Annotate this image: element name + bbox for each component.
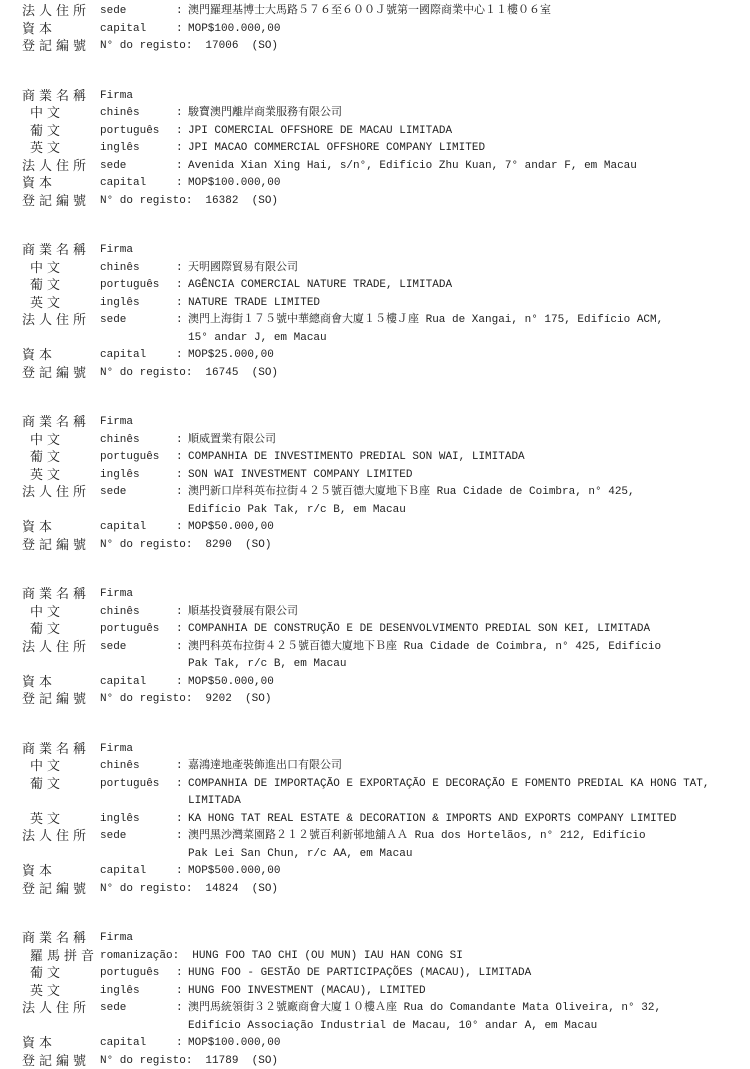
colon: :	[176, 3, 188, 21]
chines-label-pt: chinês	[100, 604, 176, 622]
sede-value: 澳門新口岸科英布拉街４２５號百德大廈地下Ｂ座 Rua Cidade de Coi…	[188, 484, 736, 519]
sede-value: 澳門羅理基博士大馬路５７６至６００Ｊ號第一國際商業中心１１樓０６室	[188, 3, 736, 21]
field-row-capital: 資本 capital : MOP$50.000,00	[22, 519, 736, 537]
sede-label-zh: 法人住所	[22, 158, 100, 176]
capital-value: MOP$100.000,00	[188, 175, 736, 193]
company-record: 商業名稱 Firma 羅馬拼音 romanização: HUNG FOO TA…	[22, 930, 736, 1069]
field-row-firma: 商業名稱 Firma	[22, 242, 736, 260]
capital-label-pt: capital	[100, 21, 176, 39]
ingles-label-zh: 英文	[22, 811, 100, 829]
field-row-ingles: 英文 inglês : KA HONG TAT REAL ESTATE & DE…	[22, 811, 736, 829]
sede-value: Avenida Xian Xing Hai, s/n°, Edifício Zh…	[188, 158, 736, 176]
field-row-registo: 登記編號 N° do registo: 11789 (SO)	[22, 1053, 736, 1069]
field-row-firma: 商業名稱 Firma	[22, 586, 736, 604]
colon: :	[176, 758, 188, 776]
capital-label-zh: 資本	[22, 863, 100, 881]
sede-label-zh: 法人住所	[22, 1000, 100, 1018]
field-row-sede: 法人住所 sede : 澳門羅理基博士大馬路５７６至６００Ｊ號第一國際商業中心１…	[22, 3, 736, 21]
english-name-value: NATURE TRADE LIMITED	[188, 295, 736, 313]
ingles-label-pt: inglês	[100, 811, 176, 829]
field-row-capital: 資本 capital : MOP$500.000,00	[22, 863, 736, 881]
colon: :	[176, 467, 188, 485]
registo-label-pt: N° do registo:	[100, 365, 192, 383]
ingles-label-pt: inglês	[100, 467, 176, 485]
field-row-sede: 法人住所 sede : 澳門上海街１７５號中華總商會大廈１５樓Ｊ座 Rua de…	[22, 312, 736, 347]
registo-value: 17006 (SO)	[192, 38, 736, 56]
chinese-name-value: 順威置業有限公司	[188, 432, 736, 450]
company-record: 商業名稱 Firma 中文 chinês : 順基投資發展有限公司 葡文 por…	[22, 586, 736, 709]
field-row-chines: 中文 chinês : 嘉鴻達地產裝飾進出口有限公司	[22, 758, 736, 776]
field-row-registo: 登記編號 N° do registo: 9202 (SO)	[22, 691, 736, 709]
ingles-label-zh: 英文	[22, 295, 100, 313]
field-row-sede: 法人住所 sede : 澳門科英布拉街４２５號百德大廈地下Ｂ座 Rua Cida…	[22, 639, 736, 674]
field-row-portugues: 葡文 português : COMPANHIA DE INVESTIMENTO…	[22, 449, 736, 467]
registo-label-pt: N° do registo:	[100, 38, 192, 56]
capital-label-pt: capital	[100, 863, 176, 881]
english-name-value: HUNG FOO INVESTMENT (MACAU), LIMITED	[188, 983, 736, 1001]
capital-label-pt: capital	[100, 519, 176, 537]
portuguese-name-value: COMPANHIA DE CONSTRUÇÃO E DE DESENVOLVIM…	[188, 621, 736, 639]
field-row-sede: 法人住所 sede : 澳門黑沙灣菜園路２１２號百利新邨地舖ＡＡ Rua dos…	[22, 828, 736, 863]
registry-document: 法人住所 sede : 澳門羅理基博士大馬路５７６至６００Ｊ號第一國際商業中心１…	[0, 0, 750, 1069]
colon: :	[176, 965, 188, 983]
chines-label-zh: 中文	[22, 604, 100, 622]
field-row-firma: 商業名稱 Firma	[22, 741, 736, 759]
colon: :	[176, 621, 188, 639]
registo-label-zh: 登記編號	[22, 193, 100, 211]
chines-label-zh: 中文	[22, 432, 100, 450]
firma-label-zh: 商業名稱	[22, 741, 100, 759]
registo-label-pt: N° do registo:	[100, 193, 192, 211]
sede-label-zh: 法人住所	[22, 312, 100, 330]
registo-label-zh: 登記編號	[22, 1053, 100, 1069]
field-row-sede: 法人住所 sede : 澳門馬統領街３２號廠商會大廈１０樓Ａ座 Rua do C…	[22, 1000, 736, 1035]
colon: :	[176, 277, 188, 295]
sede-label-pt: sede	[100, 158, 176, 176]
field-row-chines: 中文 chinês : 順基投資發展有限公司	[22, 604, 736, 622]
chinese-name-value: 駿寶澳門離岸商業服務有限公司	[188, 105, 736, 123]
company-record: 商業名稱 Firma 中文 chinês : 天明國際貿易有限公司 葡文 por…	[22, 242, 736, 382]
ingles-label-pt: inglês	[100, 983, 176, 1001]
registo-label-pt: N° do registo:	[100, 537, 192, 555]
capital-label-pt: capital	[100, 175, 176, 193]
registo-label-zh: 登記編號	[22, 537, 100, 555]
registo-value: 16745 (SO)	[192, 365, 736, 383]
sede-label-pt: sede	[100, 639, 176, 657]
field-row-registo: 登記編號 N° do registo: 8290 (SO)	[22, 537, 736, 555]
firma-label-pt: Firma	[100, 414, 176, 432]
sede-label-pt: sede	[100, 1000, 176, 1018]
colon: :	[176, 105, 188, 123]
capital-label-zh: 資本	[22, 674, 100, 692]
portugues-label-zh: 葡文	[22, 277, 100, 295]
capital-value: MOP$50.000,00	[188, 519, 736, 537]
field-row-ingles: 英文 inglês : HUNG FOO INVESTMENT (MACAU),…	[22, 983, 736, 1001]
registo-value: 11789 (SO)	[192, 1053, 736, 1069]
company-record: 商業名稱 Firma 中文 chinês : 駿寶澳門離岸商業服務有限公司 葡文…	[22, 88, 736, 211]
field-row-portugues: 葡文 português : COMPANHIA DE CONSTRUÇÃO E…	[22, 621, 736, 639]
field-row-capital: 資本 capital : MOP$100.000,00	[22, 175, 736, 193]
sede-value: 澳門科英布拉街４２５號百德大廈地下Ｂ座 Rua Cidade de Coimbr…	[188, 639, 736, 674]
colon: :	[176, 140, 188, 158]
field-row-portugues: 葡文 português : COMPANHIA DE IMPORTAÇÃO E…	[22, 776, 736, 811]
registo-label-zh: 登記編號	[22, 365, 100, 383]
portuguese-name-value: JPI COMERCIAL OFFSHORE DE MACAU LIMITADA	[188, 123, 736, 141]
firma-label-zh: 商業名稱	[22, 414, 100, 432]
portugues-label-pt: português	[100, 277, 176, 295]
colon: :	[176, 519, 188, 537]
chinese-name-value: 嘉鴻達地產裝飾進出口有限公司	[188, 758, 736, 776]
colon: :	[176, 983, 188, 1001]
chines-label-pt: chinês	[100, 260, 176, 278]
field-row-capital: 資本 capital : MOP$100.000,00	[22, 1035, 736, 1053]
field-row-portugues: 葡文 português : HUNG FOO - GESTÃO DE PART…	[22, 965, 736, 983]
portugues-label-pt: português	[100, 449, 176, 467]
chines-label-zh: 中文	[22, 260, 100, 278]
firma-label-zh: 商業名稱	[22, 242, 100, 260]
field-row-firma: 商業名稱 Firma	[22, 414, 736, 432]
sede-label-zh: 法人住所	[22, 484, 100, 502]
sede-value: 澳門黑沙灣菜園路２１２號百利新邨地舖ＡＡ Rua dos Hortelãos, …	[188, 828, 736, 863]
sede-label-zh: 法人住所	[22, 828, 100, 846]
registo-label-zh: 登記編號	[22, 38, 100, 56]
ingles-label-pt: inglês	[100, 295, 176, 313]
field-row-sede: 法人住所 sede : Avenida Xian Xing Hai, s/n°,…	[22, 158, 736, 176]
firma-label-pt: Firma	[100, 88, 176, 106]
sede-label-zh: 法人住所	[22, 639, 100, 657]
capital-label-zh: 資本	[22, 21, 100, 39]
capital-label-pt: capital	[100, 674, 176, 692]
registo-value: 8290 (SO)	[192, 537, 736, 555]
sede-label-pt: sede	[100, 3, 176, 21]
sede-value: 澳門馬統領街３２號廠商會大廈１０樓Ａ座 Rua do Comandante Ma…	[188, 1000, 736, 1035]
english-name-value: SON WAI INVESTMENT COMPANY LIMITED	[188, 467, 736, 485]
capital-label-pt: capital	[100, 347, 176, 365]
colon: :	[176, 295, 188, 313]
colon: :	[176, 863, 188, 881]
firma-label-pt: Firma	[100, 741, 176, 759]
colon: :	[176, 158, 188, 176]
portuguese-name-value: HUNG FOO - GESTÃO DE PARTICIPAÇÕES (MACA…	[188, 965, 736, 983]
colon: :	[176, 776, 188, 794]
field-row-portugues: 葡文 português : AGÊNCIA COMERCIAL NATURE …	[22, 277, 736, 295]
ingles-label-zh: 英文	[22, 140, 100, 158]
field-row-registo: 登記編號 N° do registo: 16382 (SO)	[22, 193, 736, 211]
field-row-registo: 登記編號 N° do registo: 17006 (SO)	[22, 38, 736, 56]
colon: :	[176, 1000, 188, 1018]
chines-label-pt: chinês	[100, 105, 176, 123]
romanizacao-label-pt: romanização:	[100, 948, 179, 966]
firma-label-zh: 商業名稱	[22, 88, 100, 106]
colon: :	[176, 449, 188, 467]
colon: :	[176, 484, 188, 502]
chines-label-pt: chinês	[100, 432, 176, 450]
sede-label-pt: sede	[100, 312, 176, 330]
company-record: 商業名稱 Firma 中文 chinês : 順威置業有限公司 葡文 portu…	[22, 414, 736, 554]
field-row-chines: 中文 chinês : 天明國際貿易有限公司	[22, 260, 736, 278]
english-name-value: JPI MACAO COMMERCIAL OFFSHORE COMPANY LI…	[188, 140, 736, 158]
portugues-label-pt: português	[100, 621, 176, 639]
capital-label-zh: 資本	[22, 347, 100, 365]
portugues-label-zh: 葡文	[22, 621, 100, 639]
sede-value: 澳門上海街１７５號中華總商會大廈１５樓Ｊ座 Rua de Xangai, n° …	[188, 312, 736, 347]
firma-label-pt: Firma	[100, 930, 176, 948]
colon: :	[176, 674, 188, 692]
ingles-label-zh: 英文	[22, 467, 100, 485]
english-name-value: KA HONG TAT REAL ESTATE & DECORATION & I…	[188, 811, 736, 829]
field-row-capital: 資本 capital : MOP$100.000,00	[22, 21, 736, 39]
company-record: 商業名稱 Firma 中文 chinês : 嘉鴻達地產裝飾進出口有限公司 葡文…	[22, 741, 736, 899]
portugues-label-pt: português	[100, 123, 176, 141]
romanized-name-value: HUNG FOO TAO CHI (OU MUN) IAU HAN CONG S…	[179, 948, 736, 966]
registo-value: 9202 (SO)	[192, 691, 736, 709]
colon: :	[176, 639, 188, 657]
chines-label-zh: 中文	[22, 105, 100, 123]
field-row-chines: 中文 chinês : 駿寶澳門離岸商業服務有限公司	[22, 105, 736, 123]
registo-label-pt: N° do registo:	[100, 1053, 192, 1069]
chines-label-pt: chinês	[100, 758, 176, 776]
sede-label-zh: 法人住所	[22, 3, 100, 21]
portugues-label-zh: 葡文	[22, 776, 100, 794]
registo-label-zh: 登記編號	[22, 691, 100, 709]
field-row-firma: 商業名稱 Firma	[22, 88, 736, 106]
sede-label-pt: sede	[100, 828, 176, 846]
field-row-portugues: 葡文 português : JPI COMERCIAL OFFSHORE DE…	[22, 123, 736, 141]
field-row-sede: 法人住所 sede : 澳門新口岸科英布拉街４２５號百德大廈地下Ｂ座 Rua C…	[22, 484, 736, 519]
capital-label-zh: 資本	[22, 175, 100, 193]
colon: :	[176, 175, 188, 193]
colon: :	[176, 604, 188, 622]
portugues-label-pt: português	[100, 776, 176, 794]
company-record: 法人住所 sede : 澳門羅理基博士大馬路５７６至６００Ｊ號第一國際商業中心１…	[22, 3, 736, 56]
capital-value: MOP$25.000,00	[188, 347, 736, 365]
colon: :	[176, 347, 188, 365]
capital-label-pt: capital	[100, 1035, 176, 1053]
chines-label-zh: 中文	[22, 758, 100, 776]
registo-label-zh: 登記編號	[22, 881, 100, 899]
field-row-registo: 登記編號 N° do registo: 14824 (SO)	[22, 881, 736, 899]
ingles-label-pt: inglês	[100, 140, 176, 158]
colon: :	[176, 432, 188, 450]
capital-value: MOP$500.000,00	[188, 863, 736, 881]
field-row-capital: 資本 capital : MOP$50.000,00	[22, 674, 736, 692]
capital-value: MOP$50.000,00	[188, 674, 736, 692]
registo-label-pt: N° do registo:	[100, 881, 192, 899]
colon: :	[176, 312, 188, 330]
field-row-romanizacao: 羅馬拼音 romanização: HUNG FOO TAO CHI (OU M…	[22, 948, 736, 966]
chinese-name-value: 順基投資發展有限公司	[188, 604, 736, 622]
field-row-capital: 資本 capital : MOP$25.000,00	[22, 347, 736, 365]
field-row-registo: 登記編號 N° do registo: 16745 (SO)	[22, 365, 736, 383]
capital-value: MOP$100.000,00	[188, 21, 736, 39]
capital-value: MOP$100.000,00	[188, 1035, 736, 1053]
portuguese-name-value: COMPANHIA DE INVESTIMENTO PREDIAL SON WA…	[188, 449, 736, 467]
colon: :	[176, 123, 188, 141]
colon: :	[176, 260, 188, 278]
colon: :	[176, 21, 188, 39]
field-row-ingles: 英文 inglês : NATURE TRADE LIMITED	[22, 295, 736, 313]
firma-label-pt: Firma	[100, 242, 176, 260]
field-row-ingles: 英文 inglês : JPI MACAO COMMERCIAL OFFSHOR…	[22, 140, 736, 158]
ingles-label-zh: 英文	[22, 983, 100, 1001]
registo-label-pt: N° do registo:	[100, 691, 192, 709]
colon: :	[176, 811, 188, 829]
capital-label-zh: 資本	[22, 1035, 100, 1053]
field-row-firma: 商業名稱 Firma	[22, 930, 736, 948]
portugues-label-zh: 葡文	[22, 965, 100, 983]
colon: :	[176, 1035, 188, 1053]
portugues-label-zh: 葡文	[22, 449, 100, 467]
chinese-name-value: 天明國際貿易有限公司	[188, 260, 736, 278]
romanizacao-label-zh: 羅馬拼音	[22, 948, 100, 966]
firma-label-pt: Firma	[100, 586, 176, 604]
capital-label-zh: 資本	[22, 519, 100, 537]
registo-value: 14824 (SO)	[192, 881, 736, 899]
portugues-label-zh: 葡文	[22, 123, 100, 141]
portuguese-name-value: COMPANHIA DE IMPORTAÇÃO E EXPORTAÇÃO E D…	[188, 776, 736, 811]
field-row-ingles: 英文 inglês : SON WAI INVESTMENT COMPANY L…	[22, 467, 736, 485]
firma-label-zh: 商業名稱	[22, 586, 100, 604]
field-row-chines: 中文 chinês : 順威置業有限公司	[22, 432, 736, 450]
portuguese-name-value: AGÊNCIA COMERCIAL NATURE TRADE, LIMITADA	[188, 277, 736, 295]
firma-label-zh: 商業名稱	[22, 930, 100, 948]
colon: :	[176, 828, 188, 846]
sede-label-pt: sede	[100, 484, 176, 502]
registo-value: 16382 (SO)	[192, 193, 736, 211]
portugues-label-pt: português	[100, 965, 176, 983]
